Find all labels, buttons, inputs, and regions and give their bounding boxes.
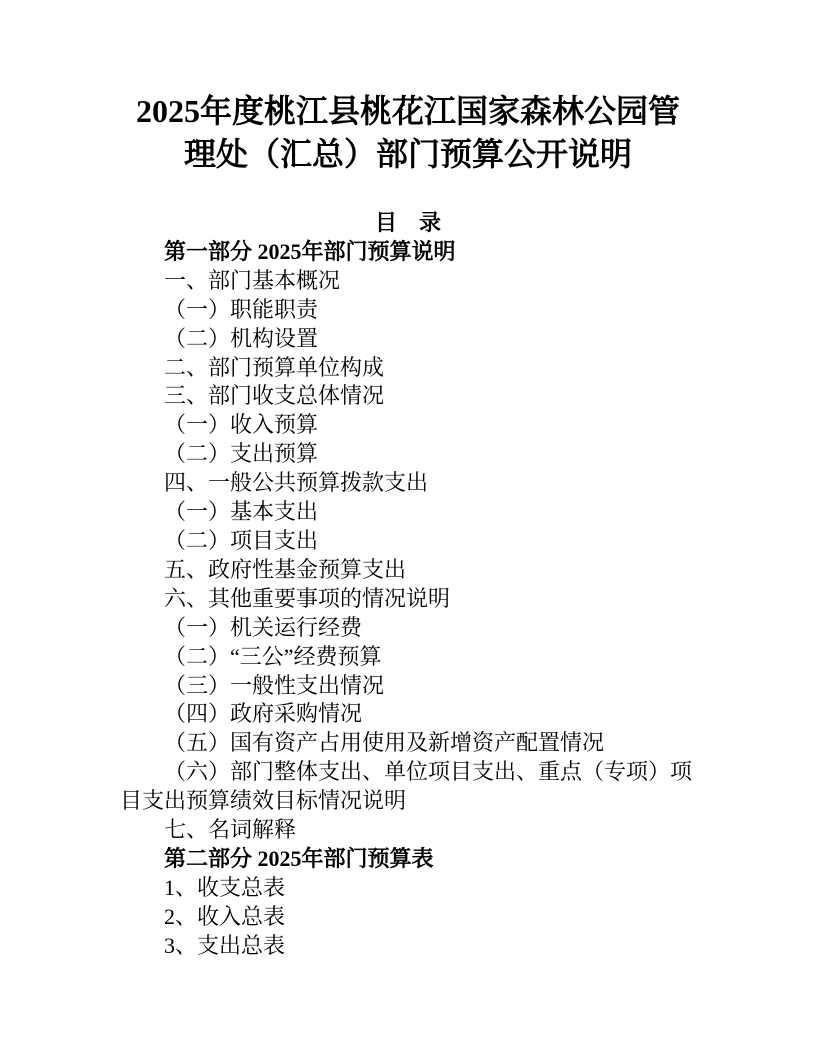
toc-item: 1、收支总表	[120, 874, 696, 903]
toc-item: （二）机构设置	[120, 325, 696, 354]
toc-item: 六、其他重要事项的情况说明	[120, 585, 696, 614]
toc-item: 第一部分 2025年部门预算说明	[120, 238, 696, 267]
toc-item: （一）基本支出	[120, 498, 696, 527]
toc-item: （五）国有资产占用使用及新增资产配置情况	[120, 729, 696, 758]
toc-item: 四、一般公共预算拨款支出	[120, 469, 696, 498]
toc-item: 七、名词解释	[120, 816, 696, 845]
toc-item: （二）支出预算	[120, 440, 696, 469]
document-page: 2025年度桃江县桃花江国家森林公园管理处（汇总）部门预算公开说明 目 录 第一…	[0, 0, 816, 1056]
toc-item: （一）职能职责	[120, 296, 696, 325]
toc-heading: 目 录	[120, 209, 696, 238]
toc-list: 第一部分 2025年部门预算说明一、部门基本概况（一）职能职责（二）机构设置二、…	[120, 238, 696, 961]
toc-item: （四）政府采购情况	[120, 700, 696, 729]
toc-item: （一）收入预算	[120, 411, 696, 440]
toc-item: 2、收入总表	[120, 903, 696, 932]
toc-item: 3、支出总表	[120, 932, 696, 961]
toc-item: （二）项目支出	[120, 527, 696, 556]
toc-item: 五、政府性基金预算支出	[120, 556, 696, 585]
toc-item: （六）部门整体支出、单位项目支出、重点（专项）项目支出预算绩效目标情况说明	[120, 758, 696, 816]
toc-item: 第二部分 2025年部门预算表	[120, 845, 696, 874]
document-title: 2025年度桃江县桃花江国家森林公园管理处（汇总）部门预算公开说明	[128, 90, 688, 176]
toc-item: （三）一般性支出情况	[120, 672, 696, 701]
toc-item: 三、部门收支总体情况	[120, 382, 696, 411]
toc-item: 二、部门预算单位构成	[120, 354, 696, 383]
toc-item: （二）“三公”经费预算	[120, 643, 696, 672]
toc-item: （一）机关运行经费	[120, 614, 696, 643]
toc-item: 一、部门基本概况	[120, 267, 696, 296]
